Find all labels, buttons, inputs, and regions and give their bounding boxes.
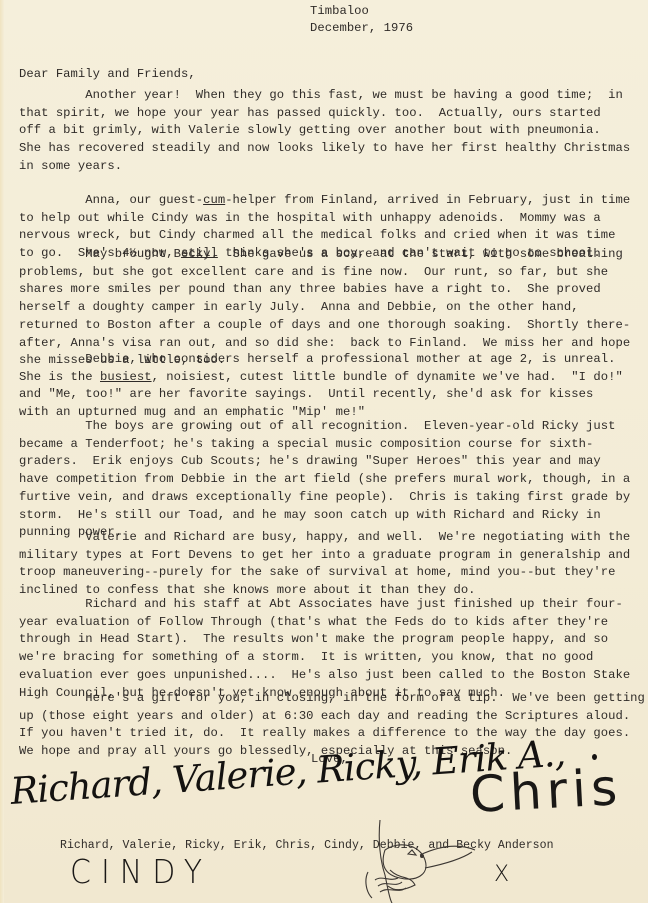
letter-line: storm. He's still our Toad, and he may s… (19, 507, 601, 525)
letter-page: Timbaloo December, 1976 Dear Family and … (0, 0, 648, 903)
letter-line: Debbie, who considers herself a professi… (19, 351, 615, 369)
letter-line: through in Head Start). The results won'… (19, 631, 608, 649)
letter-location: Timbaloo (310, 4, 369, 18)
letter-line: furtive vein, and draws exceptionally fi… (19, 489, 630, 507)
letter-line: Richard and his staff at Abt Associates … (19, 596, 623, 614)
letter-line: troop maneuvering--purely for the sake o… (19, 564, 615, 582)
letter-line: Here's a gift for you, in closing, in th… (19, 690, 645, 708)
letter-line: off a bit grimly, with Valerie slowly ge… (19, 122, 601, 140)
letter-line: returned to Boston after a couple of day… (19, 317, 630, 335)
ink-dot (592, 754, 597, 760)
letter-line: herself a doughty camper in early July. … (19, 299, 579, 317)
letter-line: that spirit, we hope your year has passe… (19, 105, 601, 123)
letter-date: December, 1976 (310, 21, 413, 35)
letter-line: The boys are growing out of all recognit… (19, 418, 615, 436)
letter-line: Another year! When they go this fast, we… (19, 87, 623, 105)
letter-line: She has recovered steadily and now looks… (19, 140, 630, 158)
letter-line: we're bracing for something of a storm. … (19, 649, 593, 667)
underlined-word: busiest (100, 370, 152, 384)
letter-line: She is the busiest, noisiest, cutest lit… (19, 369, 623, 387)
handwritten-chris: Chris (469, 758, 624, 824)
letter-line: have competition from Debbie in the art … (19, 471, 630, 489)
salutation: Dear Family and Friends, (19, 66, 196, 84)
letter-line: after, Anna's visa ran out, and so did s… (19, 335, 630, 353)
letter-line: shares more smiles per pound than any th… (19, 281, 601, 299)
letter-line: Valerie and Richard are busy, happy, and… (19, 529, 630, 547)
letter-line: graders. Erik enjoys Cub Scouts; he's dr… (19, 453, 601, 471)
letter-line: May brought Becky. She gave us a scare a… (19, 246, 623, 264)
handwritten-cindy: CINDY (70, 853, 212, 892)
letter-line: Anna, our guest-cum-helper from Finland,… (19, 192, 630, 210)
child-scribble-drawing (360, 820, 490, 903)
letter-line: problems, but she got excellent care and… (19, 264, 608, 282)
underlined-word: cum (203, 193, 225, 207)
letter-line: year evaluation of Follow Through (that'… (19, 614, 608, 632)
letter-line: nervous wreck, but Cindy charmed all the… (19, 227, 615, 245)
letter-line: up (those eight years and older) at 6:30… (19, 708, 630, 726)
letter-line: evaluation ever goes unpunished.... He's… (19, 667, 630, 685)
letter-line: became a Tenderfoot; he's taking a speci… (19, 436, 593, 454)
handwritten-x-mark: X (494, 862, 509, 887)
paper-edge (0, 0, 4, 903)
letter-line: and "Me, too!" are her favorite sayings.… (19, 386, 593, 404)
letter-line: to help out while Cindy was in the hospi… (19, 210, 601, 228)
letter-line: in some years. (19, 158, 122, 176)
letter-line: military types at Fort Devens to get her… (19, 547, 630, 565)
